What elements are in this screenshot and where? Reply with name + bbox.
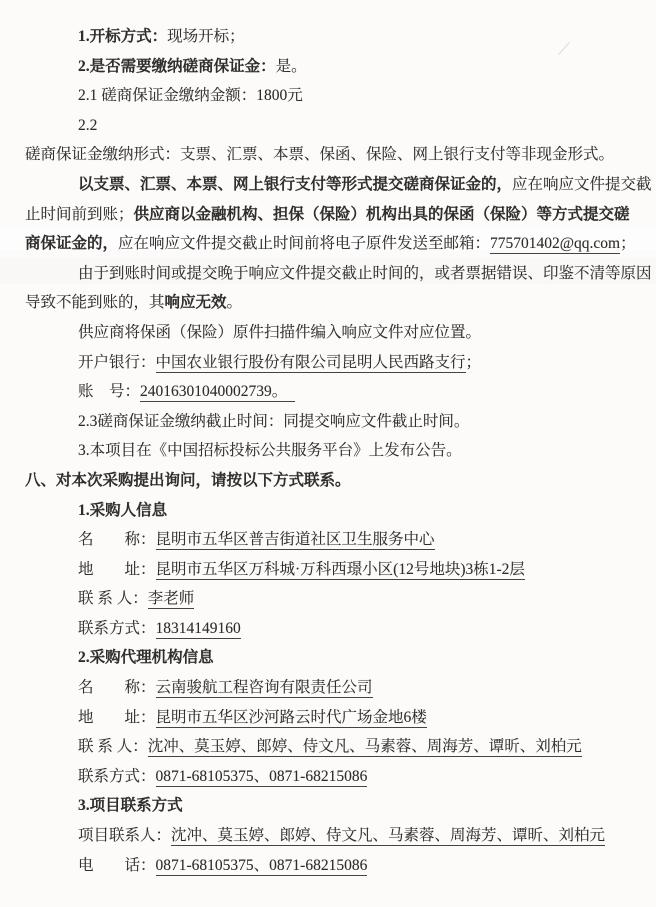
project-contacts-label: 项目联系人： (78, 827, 171, 844)
doc-line-4: 2.2 (25, 111, 650, 141)
doc-line-12: 开户银行：中国农业银行股份有限公司昆明人民西路支行； (25, 348, 650, 378)
invalid-rule-bold: 响应无效 (165, 294, 227, 311)
bank-name: 中国农业银行股份有限公司昆明人民西路支行 (156, 354, 466, 373)
agency-address-label: 地 址： (78, 709, 156, 726)
doc-line-2: 2.是否需要缴纳磋商保证金：是。 (25, 52, 650, 82)
clause-2-2: 2.2 (78, 117, 97, 134)
doc-line-19: 地 址：昆明市五华区万科城·万科西璟小区(12号地块)3栋1-2层 (25, 555, 650, 585)
purchaser-phone-label: 联系方式： (78, 620, 156, 637)
document-page: 1.开标方式：现场开标；2.是否需要缴纳磋商保证金：是。2.1 磋商保证金缴纳金… (0, 0, 656, 907)
doc-line-7: 止时间前到账；供应商以金融机构、担保（保险）机构出具的保函（保险）等方式提交磋 (25, 200, 650, 230)
agency-contacts-label: 联 系 人： (78, 738, 148, 755)
doc-line-9: 由于到账时间或提交晚于响应文件提交截止时间的，或者票据错误、印鉴不清等原因 (25, 259, 650, 289)
doc-line-16: 八、对本次采购提出询问，请按以下方式联系。 (25, 466, 650, 496)
agency-name: 云南骏航工程咨询有限责任公司 (156, 679, 373, 698)
announcement-platform: 3.本项目在《中国招标投标公共服务平台》上发布公告。 (78, 442, 462, 459)
doc-line-13: 账 号：24016301040002739。 (25, 377, 650, 407)
doc-line-5: 磋商保证金缴纳形式：支票、汇票、本票、保函、保险、网上银行支付等非现金形式。 (25, 140, 650, 170)
deposit-deadline: 2.3磋商保证金缴纳截止时间：同提交响应文件截止时间。 (78, 413, 469, 430)
scan-copy-rule: 供应商将保函（保险）原件扫描件编入响应文件对应位置。 (78, 324, 481, 341)
purchaser-address-label: 地 址： (78, 561, 156, 578)
doc-line-10: 导致不能到账的，其响应无效。 (25, 288, 650, 318)
guarantee-rule-bold: 供应商以金融机构、担保（保险）机构出具的保函（保险）等方式提交磋 (134, 206, 630, 223)
agency-contacts: 沈冲、莫玉婷、郎婷、侍文凡、马素蓉、周海芳、谭昕、刘柏元 (148, 738, 582, 757)
purchaser-info-heading: 1.采购人信息 (78, 502, 167, 519)
guarantee-rule-normal: 应在响应文件提交截止时间前将电子原件发送至邮箱： (118, 235, 490, 252)
deposit-required-label: 2.是否需要缴纳磋商保证金： (78, 58, 276, 75)
bid-opening-value: 现场开标； (167, 28, 245, 45)
bank-label: 开户银行： (78, 354, 156, 371)
doc-line-29: 电 话：0871-68105375、0871-68215086 (25, 851, 650, 881)
payment-rule-cont: 止时间前到账； (25, 206, 134, 223)
purchaser-name-label: 名 称： (78, 531, 156, 548)
deposit-email: 775701402@qq.com (490, 235, 620, 254)
document-content: 1.开标方式：现场开标；2.是否需要缴纳磋商保证金：是。2.1 磋商保证金缴纳金… (25, 22, 650, 880)
doc-line-18: 名 称：昆明市五华区普吉街道社区卫生服务中心 (25, 525, 650, 555)
doc-line-20: 联 系 人：李老师 (25, 584, 650, 614)
doc-line-28: 项目联系人：沈冲、莫玉婷、郎婷、侍文凡、马素蓉、周海芳、谭昕、刘柏元 (25, 821, 650, 851)
purchaser-address: 昆明市五华区万科城·万科西璟小区(12号地块)3栋1-2层 (156, 561, 525, 580)
agency-info-heading: 2.采购代理机构信息 (78, 649, 214, 666)
deposit-forms: 磋商保证金缴纳形式：支票、汇票、本票、保函、保险、网上银行支付等非现金形式。 (25, 146, 614, 163)
bid-opening-label: 1.开标方式： (78, 28, 167, 45)
project-contact-heading: 3.项目联系方式 (78, 797, 183, 814)
purchaser-name: 昆明市五华区普吉街道社区卫生服务中心 (156, 531, 435, 550)
doc-line-23: 名 称：云南骏航工程咨询有限责任公司 (25, 673, 650, 703)
account-number: 24016301040002739。 (140, 383, 295, 402)
payment-rule-normal: 应在响应文件提交截 (512, 176, 652, 193)
doc-line-11: 供应商将保函（保险）原件扫描件编入响应文件对应位置。 (25, 318, 650, 348)
doc-line-3: 2.1 磋商保证金缴纳金额：1800元 (25, 81, 650, 111)
deposit-required-value: 是。 (276, 58, 307, 75)
purchaser-contact: 李老师 (148, 590, 195, 609)
account-label: 账 号： (78, 383, 140, 400)
doc-line-14: 2.3磋商保证金缴纳截止时间：同提交响应文件截止时间。 (25, 407, 650, 437)
invalid-rule-end: 。 (227, 294, 243, 311)
doc-line-26: 联系方式：0871-68105375、0871-68215086 (25, 762, 650, 792)
agency-phone: 0871-68105375、0871-68215086 (156, 768, 368, 787)
project-phone: 0871-68105375、0871-68215086 (156, 857, 368, 876)
agency-name-label: 名 称： (78, 679, 156, 696)
project-contacts: 沈冲、莫玉婷、郎婷、侍文凡、马素蓉、周海芳、谭昕、刘柏元 (171, 827, 605, 846)
doc-line-21: 联系方式：18314149160 (25, 614, 650, 644)
purchaser-phone: 18314149160 (156, 620, 241, 639)
doc-line-24: 地 址：昆明市五华区沙河路云时代广场金地6楼 (25, 703, 650, 733)
payment-rule-bold: 以支票、汇票、本票、网上银行支付等形式提交磋商保证金的， (78, 176, 512, 193)
guarantee-rule-end: ； (620, 235, 636, 252)
doc-line-8: 商保证金的，应在响应文件提交截止时间前将电子原件发送至邮箱：775701402@… (25, 229, 650, 259)
section-8-heading: 八、对本次采购提出询问，请按以下方式联系。 (25, 472, 351, 489)
doc-line-27: 3.项目联系方式 (25, 791, 650, 821)
guarantee-rule-bold-cont: 商保证金的， (25, 235, 118, 252)
doc-line-6: 以支票、汇票、本票、网上银行支付等形式提交磋商保证金的，应在响应文件提交截 (25, 170, 650, 200)
doc-line-22: 2.采购代理机构信息 (25, 643, 650, 673)
doc-line-1: 1.开标方式：现场开标； (25, 22, 650, 52)
doc-line-17: 1.采购人信息 (25, 496, 650, 526)
invalid-rule-start: 由于到账时间或提交晚于响应文件提交截止时间的，或者票据错误、印鉴不清等原因 (78, 265, 652, 282)
agency-address: 昆明市五华区沙河路云时代广场金地6楼 (156, 709, 427, 728)
purchaser-contact-label: 联 系 人： (78, 590, 148, 607)
deposit-amount: 2.1 磋商保证金缴纳金额：1800元 (78, 87, 303, 104)
agency-phone-label: 联系方式： (78, 768, 156, 785)
invalid-rule-cont: 导致不能到账的，其 (25, 294, 165, 311)
doc-line-15: 3.本项目在《中国招标投标公共服务平台》上发布公告。 (25, 436, 650, 466)
project-phone-label: 电 话： (78, 857, 156, 874)
doc-line-25: 联 系 人：沈冲、莫玉婷、郎婷、侍文凡、马素蓉、周海芳、谭昕、刘柏元 (25, 732, 650, 762)
bank-line-end: ； (466, 354, 482, 371)
